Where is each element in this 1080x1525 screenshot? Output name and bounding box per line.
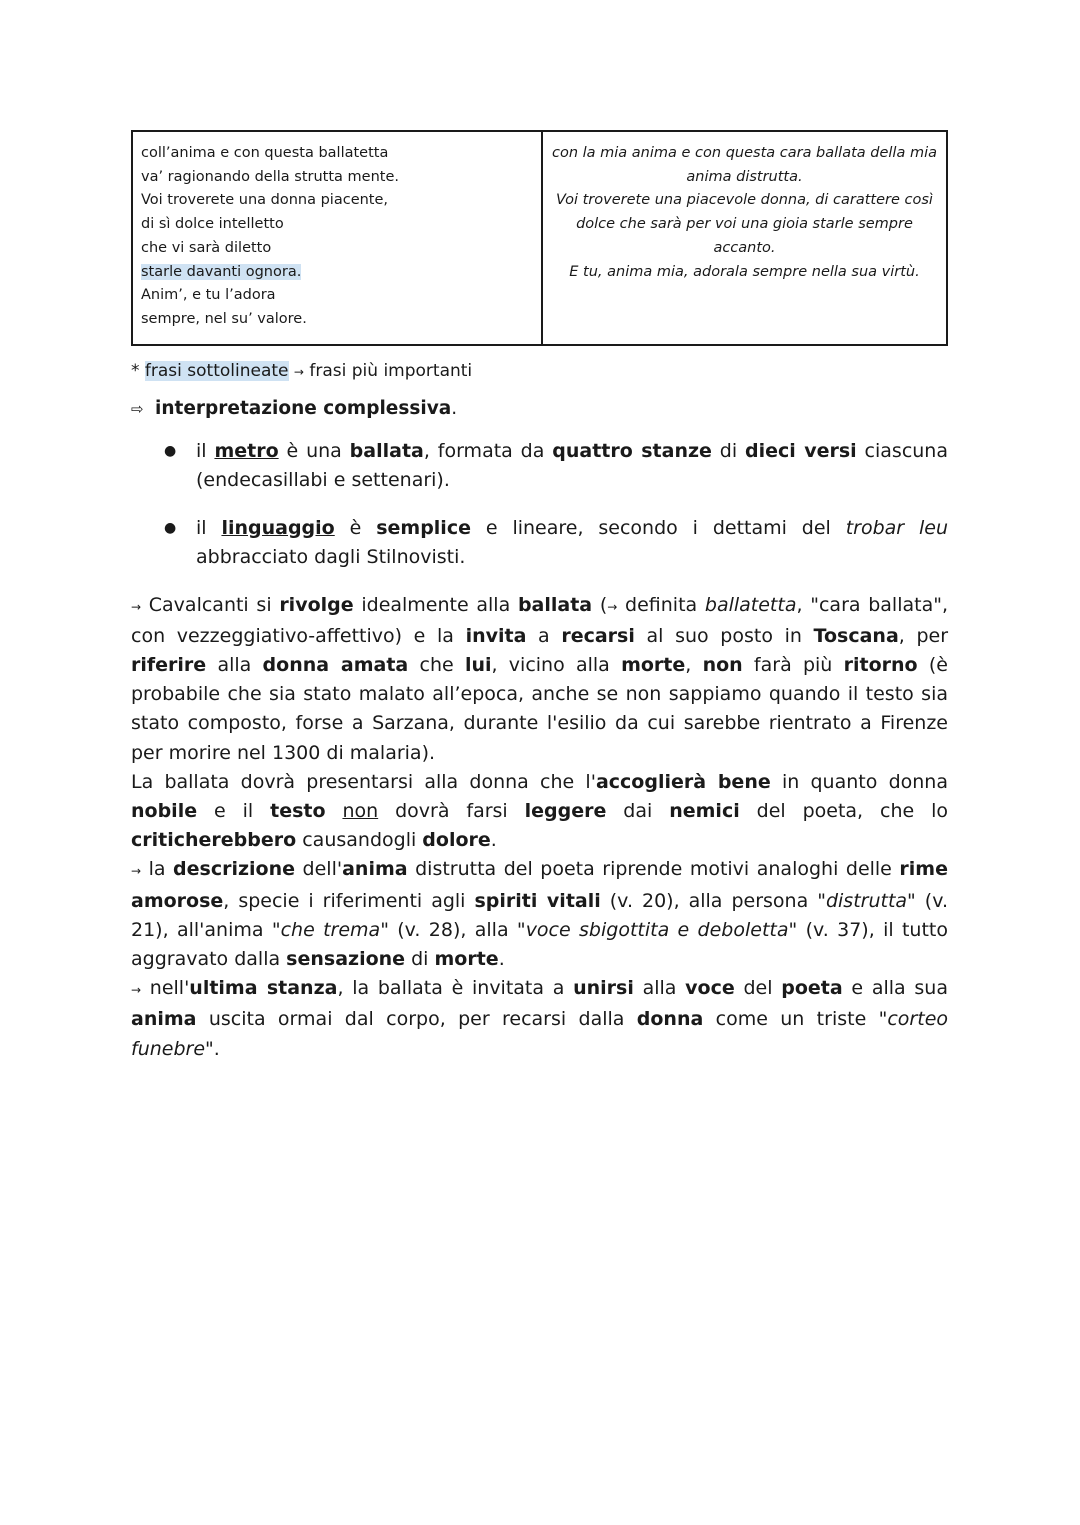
emphasis-text: poeta — [781, 977, 842, 999]
emphasis-text: donna amata — [263, 654, 409, 676]
emphasis-text: anima — [342, 858, 407, 880]
emphasis-text: nemici — [669, 800, 740, 822]
poem-line: Voi troverete una donna piacente, — [141, 189, 533, 213]
emphasis-text: non — [703, 654, 743, 676]
emphasis-text: descrizione — [173, 858, 295, 880]
emphasis-text: linguaggio — [221, 517, 334, 539]
emphasis-text: ballata — [350, 440, 424, 462]
emphasis-text: che trema — [281, 919, 381, 941]
outlined-arrow-icon: ⇨ — [131, 395, 149, 423]
poem-line-highlighted: starle davanti ognora. — [141, 261, 533, 285]
poem-line: va’ ragionando della strutta mente. — [141, 166, 533, 190]
legend-note: * frasi sottolineate → frasi più importa… — [131, 358, 948, 385]
emphasis-text: anima — [131, 1008, 196, 1030]
paragraph: La ballata dovrà presentarsi alla donna … — [131, 768, 948, 856]
arrow-icon: → — [131, 864, 141, 878]
section-heading: ⇨interpretazione complessiva. — [131, 395, 948, 423]
emphasis-text: unirsi — [573, 977, 634, 999]
emphasis-text: ballata — [518, 594, 592, 616]
emphasis-text: morte — [621, 654, 685, 676]
heading-suffix: . — [451, 398, 457, 419]
emphasis-text: trobar leu — [846, 517, 948, 539]
paragraph: → nell'ultima stanza, la ballata è invit… — [131, 974, 948, 1064]
highlighted-phrase: starle davanti ognora. — [141, 264, 301, 280]
paragraph: → Cavalcanti si rivolge idealmente alla … — [131, 591, 948, 768]
note-highlighted-text: frasi sottolineate — [145, 361, 289, 381]
paraphrase-line: con la mia anima e con questa cara balla… — [551, 142, 938, 189]
original-text-cell: coll’anima e con questa ballatetta va’ r… — [132, 131, 542, 345]
emphasis-text: semplice — [376, 517, 471, 539]
arrow-icon: → — [607, 600, 617, 614]
arrow-icon: → — [294, 365, 304, 379]
paraphrase-line: Voi troverete una piacevole donna, di ca… — [551, 189, 938, 260]
poem-comparison-table: coll’anima e con questa ballatetta va’ r… — [131, 130, 948, 346]
bullet-icon: ● — [164, 514, 176, 543]
emphasis-text: voce — [685, 977, 735, 999]
emphasis-text: accoglierà bene — [596, 771, 771, 793]
emphasis-text: voce sbigottita e deboletta — [526, 919, 789, 941]
emphasis-text: corteo funebre — [131, 1008, 948, 1059]
bullet-icon: ● — [164, 437, 176, 466]
body-text: → Cavalcanti si rivolge idealmente alla … — [131, 591, 948, 1064]
emphasis-text: testo — [270, 800, 325, 822]
paragraph: → la descrizione dell'anima distrutta de… — [131, 855, 948, 974]
emphasis-text: distrutta — [826, 890, 907, 912]
emphasis-text: leggere — [525, 800, 607, 822]
emphasis-text: quattro stanze — [552, 440, 712, 462]
emphasis-text: donna — [637, 1008, 704, 1030]
arrow-icon: → — [131, 983, 141, 997]
emphasis-text: metro — [214, 440, 278, 462]
emphasis-text: invita — [466, 625, 527, 647]
emphasis-text: criticherebbero — [131, 829, 296, 851]
emphasis-text: sensazione — [286, 948, 405, 970]
note-rest: frasi più importanti — [304, 361, 472, 381]
emphasis-text: recarsi — [561, 625, 635, 647]
emphasis-text: nobile — [131, 800, 197, 822]
note-prefix: * — [131, 361, 145, 381]
bullet-item: ●il linguaggio è semplice e lineare, sec… — [131, 514, 948, 572]
emphasis-text: lui — [465, 654, 492, 676]
paraphrase-cell: con la mia anima e con questa cara balla… — [542, 131, 947, 345]
paraphrase-line: E tu, anima mia, adorala sempre nella su… — [551, 261, 938, 285]
emphasis-text: riferire — [131, 654, 206, 676]
emphasis-text: ultima stanza — [189, 977, 337, 999]
document-page: coll’anima e con questa ballatetta va’ r… — [131, 130, 948, 1064]
heading-text: interpretazione complessiva — [155, 398, 451, 419]
poem-line: sempre, nel su’ valore. — [141, 308, 533, 332]
emphasis-text: ritorno — [844, 654, 918, 676]
bullet-item: ●il metro è una ballata, formata da quat… — [131, 437, 948, 495]
emphasis-text: morte — [434, 948, 498, 970]
emphasis-text: Toscana — [814, 625, 899, 647]
poem-line: che vi sarà diletto — [141, 237, 533, 261]
bullet-list: ●il metro è una ballata, formata da quat… — [131, 437, 948, 572]
emphasis-text: dolore — [422, 829, 490, 851]
poem-line: coll’anima e con questa ballatetta — [141, 142, 533, 166]
emphasis-text: ballatetta — [705, 594, 797, 616]
emphasis-text: spiriti vitali — [474, 890, 600, 912]
emphasis-text: dieci versi — [745, 440, 857, 462]
poem-line: di sì dolce intelletto — [141, 213, 533, 237]
emphasis-text: non — [342, 800, 378, 822]
poem-line: Anim’, e tu l’adora — [141, 284, 533, 308]
arrow-icon: → — [131, 600, 141, 614]
emphasis-text: rivolge — [279, 594, 353, 616]
